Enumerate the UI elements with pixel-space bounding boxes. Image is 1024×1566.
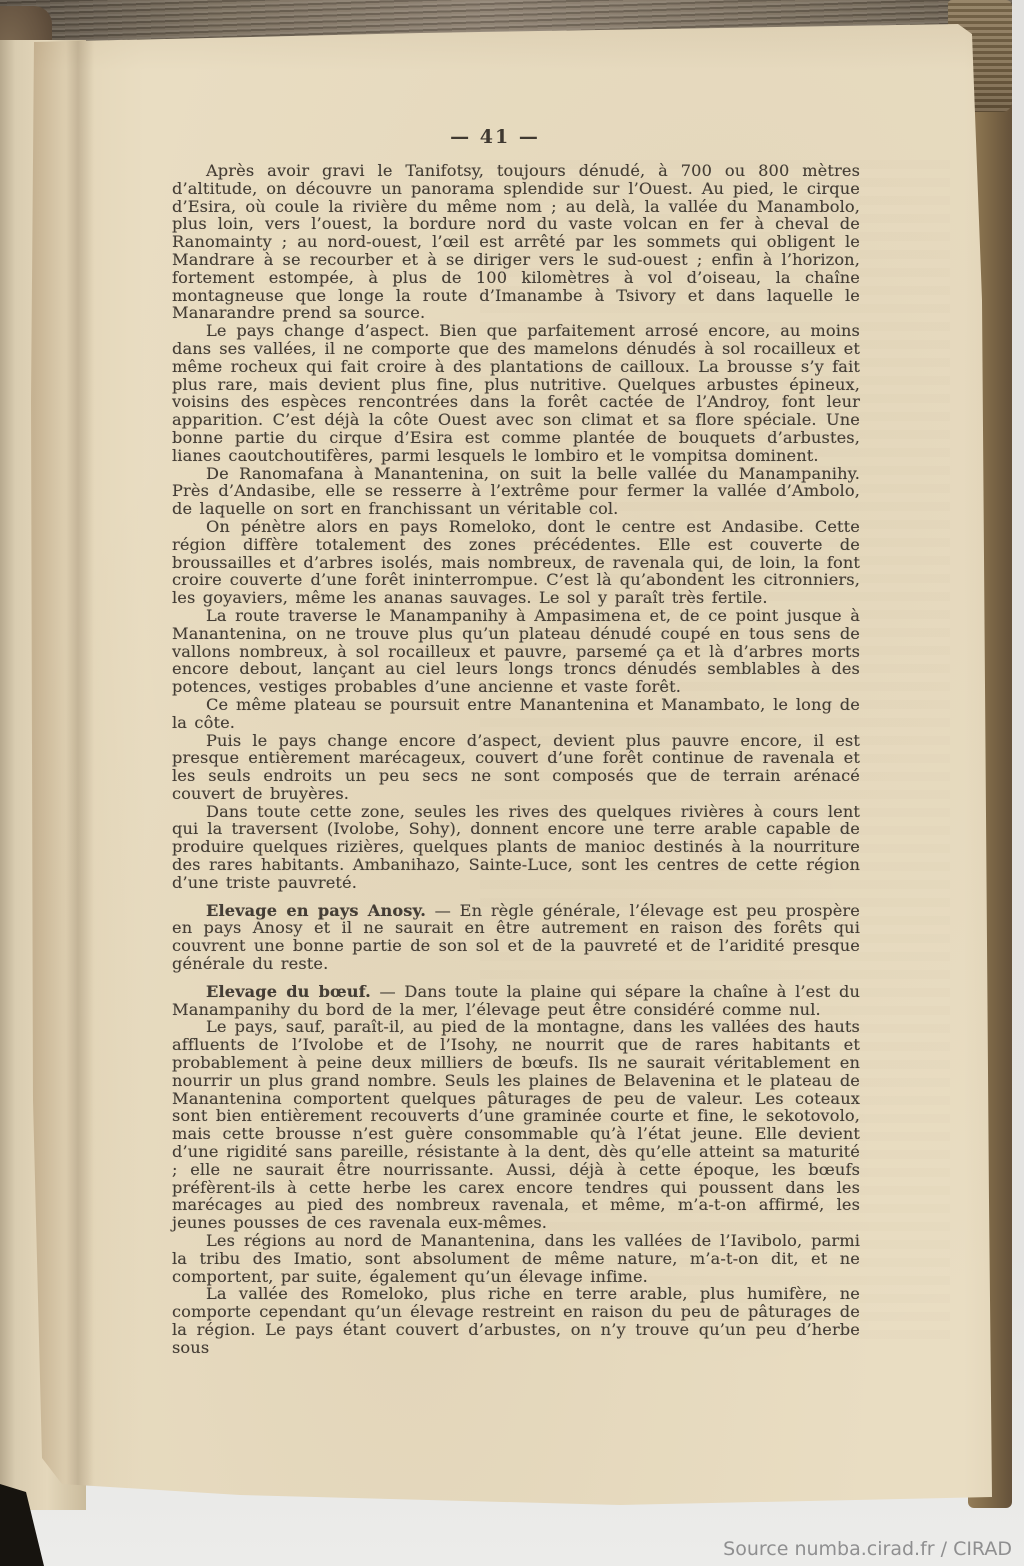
- paragraph-lead: Elevage en pays Anosy.: [206, 901, 426, 920]
- page-text: Après avoir gravi le Tanifotsy, toujours…: [172, 162, 860, 1357]
- paragraph: La route traverse le Manampanihy à Ampas…: [172, 607, 860, 696]
- scan-background: — 41 — Après avoir gravi le Tanifotsy, t…: [0, 0, 1024, 1566]
- source-credit: Source numba.cirad.fr / CIRAD: [723, 1538, 1012, 1560]
- paragraph: Les régions au nord de Manantenina, dans…: [172, 1232, 860, 1285]
- paragraph: Elevage du bœuf. — Dans toute la plaine …: [172, 983, 860, 1019]
- paragraph-lead: Elevage du bœuf.: [206, 982, 371, 1001]
- paragraph: La vallée des Romeloko, plus riche en te…: [172, 1285, 860, 1356]
- paragraph: De Ranomafana à Manantenina, on suit la …: [172, 465, 860, 518]
- scanned-page: — 41 — Après avoir gravi le Tanifotsy, t…: [0, 0, 1024, 1566]
- paragraph: On pénètre alors en pays Romeloko, dont …: [172, 518, 860, 607]
- paragraph: Elevage en pays Anosy. — En règle généra…: [172, 902, 860, 973]
- paragraph: Après avoir gravi le Tanifotsy, toujours…: [172, 162, 860, 322]
- paragraph: Puis le pays change encore d’aspect, dev…: [172, 732, 860, 803]
- page-number: — 41 —: [150, 126, 840, 148]
- paragraph: Ce même plateau se poursuit entre Manant…: [172, 696, 860, 732]
- paragraph: Le pays change d’aspect. Bien que parfai…: [172, 322, 860, 464]
- paragraph: Le pays, sauf, paraît-il, au pied de la …: [172, 1018, 860, 1232]
- paragraph: Dans toute cette zone, seules les rives …: [172, 803, 860, 892]
